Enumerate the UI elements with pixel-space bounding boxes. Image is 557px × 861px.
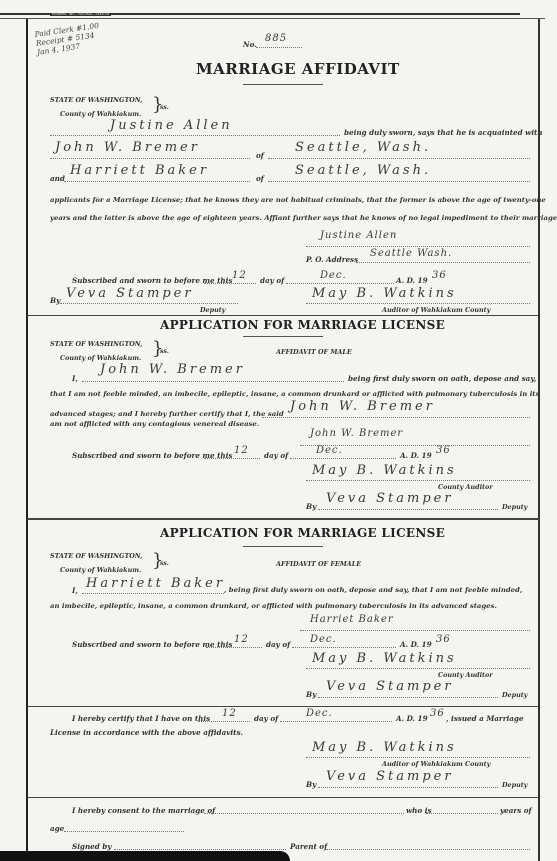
- female-line2: an imbecile, epileptic, insane, a common…: [50, 602, 497, 610]
- male-said-line: [262, 417, 530, 418]
- by-label: By: [306, 502, 316, 511]
- deputy-label: Deputy: [502, 781, 527, 789]
- of-label: of: [256, 151, 264, 160]
- auditor-signature: May B. Watkins: [312, 740, 457, 755]
- deputy-line: [318, 697, 498, 698]
- bride-name: Harriett Baker: [70, 163, 209, 178]
- female-signature-line: [300, 630, 530, 631]
- female-subtitle: AFFIDAVIT OF FEMALE: [276, 560, 361, 568]
- deputy-signature: Veva Stamper: [66, 286, 194, 301]
- scan-edge-shadow: [0, 851, 290, 861]
- year-value: 36: [432, 270, 447, 281]
- by-label: By: [306, 690, 316, 699]
- auditor-signature: May B. Watkins: [312, 463, 457, 478]
- state-label: STATE OF WASHINGTON,: [50, 96, 142, 104]
- certify-line2: License in accordance with the above aff…: [50, 728, 243, 737]
- county-label: County of Wahkiakum.: [60, 110, 141, 118]
- groom-name: John W. Bremer: [55, 140, 200, 155]
- male-line4: am not afflicted with any contagious ven…: [50, 420, 259, 428]
- year-value: 36: [430, 708, 445, 719]
- county-auditor-label: County Auditor: [438, 671, 493, 679]
- section-divider: [27, 315, 539, 316]
- groom-city: Seattle, Wash.: [295, 140, 431, 155]
- state-label: STATE OF WASHINGTON,: [50, 552, 142, 560]
- affiant-signature: Justine Allen: [320, 230, 397, 241]
- deputy-line: [318, 509, 498, 510]
- day-line: [204, 283, 256, 284]
- deputy-signature: Veva Stamper: [326, 769, 454, 784]
- po-address-line: [356, 262, 530, 263]
- po-address-label: P. O. Address: [306, 255, 358, 264]
- month-value: Dec.: [316, 445, 343, 456]
- ss-label: ss.: [160, 348, 169, 355]
- month-line: [292, 647, 396, 648]
- title-underline: [243, 84, 323, 85]
- title-underline: [243, 546, 323, 547]
- auditor-line: [306, 303, 530, 304]
- signed-by-label: Signed by: [72, 842, 111, 851]
- month-value: Dec.: [320, 270, 347, 281]
- signed-by-line[interactable]: [114, 849, 286, 850]
- male-line2: that I am not feeble minded, an imbecile…: [50, 390, 539, 398]
- deputy-label: Deputy: [502, 691, 527, 699]
- affidavit-title: MARRIAGE AFFIDAVIT: [196, 60, 400, 78]
- by-label: By: [306, 780, 316, 789]
- female-name-line: [82, 593, 224, 594]
- margin-note: Paid Clerk #1.00 Receipt # 5134 Jan 4, 1…: [34, 21, 102, 57]
- section-divider: [27, 518, 539, 520]
- day-value: 12: [234, 445, 249, 456]
- day-of-label: day of: [260, 276, 284, 285]
- auditor-signature: May B. Watkins: [312, 651, 457, 666]
- affidavit-body-line1: applicants for a Marriage License; that …: [50, 196, 546, 204]
- section-divider: [27, 706, 539, 707]
- form-number: 885: [265, 33, 287, 44]
- printer-imprint: PIONEER, INC., TACOMA—1469-19: [50, 13, 111, 16]
- ss-label: ss.: [160, 104, 169, 111]
- section-divider: [27, 797, 539, 798]
- day-line: [204, 458, 260, 459]
- male-name-line: [82, 381, 344, 382]
- affiant-name: Justine Allen: [110, 118, 233, 133]
- certify-line1-head: I hereby certify that I have on this: [72, 714, 210, 723]
- of-label: of: [256, 174, 264, 183]
- male-line1-tail: being first duly sworn on oath, depose a…: [348, 374, 536, 383]
- deputy-line: [60, 303, 238, 304]
- po-address-value: Seattle Wash.: [370, 248, 452, 259]
- i-label: I,: [72, 374, 78, 383]
- day-value: 12: [232, 270, 247, 281]
- consent-age-line[interactable]: [426, 813, 498, 814]
- groom-city-line: [268, 158, 530, 159]
- month-line: [286, 283, 394, 284]
- male-subtitle: AFFIDAVIT OF MALE: [276, 348, 352, 356]
- age-label: age: [50, 824, 64, 833]
- by-label: By: [50, 296, 60, 305]
- auditor-line: [306, 668, 530, 669]
- ad-label: A. D. 19: [396, 276, 428, 285]
- consent-line1-head: I hereby consent to the marriage of: [72, 806, 215, 815]
- ad-label: A. D. 19: [400, 451, 432, 460]
- auditor-label: Auditor of Wahkiakum County: [382, 306, 490, 314]
- auditor-line: [306, 757, 530, 758]
- parent-of-label: Parent of: [290, 842, 327, 851]
- left-border: [26, 19, 28, 861]
- marriage-record-page: PIONEER, INC., TACOMA—1469-19 Paid Clerk…: [0, 0, 557, 861]
- month-value: Dec.: [310, 634, 337, 645]
- male-signature: John W. Bremer: [310, 428, 403, 439]
- deputy-label: Deputy: [200, 306, 225, 314]
- consent-name-line[interactable]: [204, 813, 404, 814]
- bride-line: [64, 181, 250, 182]
- month-line: [280, 721, 392, 722]
- day-value: 12: [234, 634, 249, 645]
- groom-line: [50, 158, 250, 159]
- ad-label: A. D. 19: [400, 640, 432, 649]
- day-of-label: day of: [264, 451, 288, 460]
- deputy-signature: Veva Stamper: [326, 679, 454, 694]
- i-label: I,: [72, 586, 78, 595]
- auditor-label: Auditor of Wahkiakum County: [382, 760, 490, 768]
- title-underline: [243, 336, 323, 337]
- year-value: 36: [436, 445, 451, 456]
- and-label: and: [50, 174, 65, 183]
- deputy-label: Deputy: [502, 503, 527, 511]
- female-application-title: APPLICATION FOR MARRIAGE LICENSE: [160, 526, 445, 540]
- affiant-line: [50, 135, 340, 136]
- year-value: 36: [436, 634, 451, 645]
- day-of-label: day of: [254, 714, 278, 723]
- top-rule-thin: [0, 18, 545, 19]
- county-auditor-label: County Auditor: [438, 483, 493, 491]
- auditor-line: [306, 480, 530, 481]
- day-value: 12: [222, 708, 237, 719]
- month-value: Dec.: [306, 708, 333, 719]
- bride-city: Seattle, Wash.: [295, 163, 431, 178]
- male-name: John W. Bremer: [100, 362, 245, 377]
- day-line: [198, 721, 250, 722]
- month-line: [290, 458, 396, 459]
- number-label: No.: [243, 40, 257, 49]
- male-line3: advanced stages; and I hereby further ce…: [50, 410, 284, 418]
- years-of-label: years of: [500, 806, 532, 815]
- ss-label: ss.: [160, 560, 169, 567]
- certify-line1-tail: , issued a Marriage: [446, 714, 524, 723]
- county-label: County of Wahkiakum.: [60, 566, 141, 574]
- affiant-signature-line: [306, 246, 530, 247]
- deputy-line: [318, 787, 498, 788]
- number-line: [256, 47, 302, 48]
- male-application-title: APPLICATION FOR MARRIAGE LICENSE: [160, 318, 445, 332]
- parent-of-line[interactable]: [326, 849, 530, 850]
- state-label: STATE OF WASHINGTON,: [50, 340, 142, 348]
- day-of-label: day of: [266, 640, 290, 649]
- bride-city-line: [268, 181, 530, 182]
- deputy-signature: Veva Stamper: [326, 491, 454, 506]
- male-said-name: John W. Bremer: [290, 399, 435, 414]
- day-line: [206, 647, 262, 648]
- auditor-signature: May B. Watkins: [312, 286, 457, 301]
- ad-label: A. D. 19: [396, 714, 428, 723]
- consent-age-detail-line[interactable]: [64, 831, 184, 832]
- right-border: [538, 19, 540, 861]
- county-label: County of Wahkiakum.: [60, 354, 141, 362]
- female-name: Harriett Baker: [86, 576, 225, 591]
- female-line1-tail: , being first duly sworn on oath, depose…: [224, 586, 522, 594]
- female-signature: Harriet Baker: [310, 614, 394, 625]
- affiant-text: being duly sworn, says that he is acquai…: [344, 128, 543, 137]
- affidavit-body-line2: years and the latter is above the age of…: [50, 214, 557, 222]
